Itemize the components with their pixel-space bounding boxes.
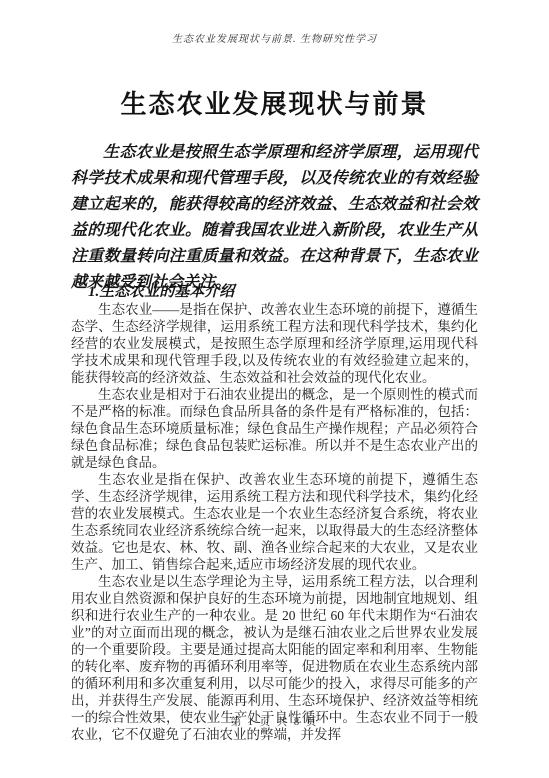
- body-paragraph: 生态农业是相对于石油农业提出的概念，是一个原则性的模式而不是严格的标准。而绿色食…: [71, 386, 478, 471]
- body-paragraph: 生态农业是指在保护、改善农业生态环境的前提下，遵循生态学、生态经济学规律，运用系…: [71, 471, 478, 573]
- section-heading: 1.生态农业的基本介绍: [71, 280, 478, 301]
- body-paragraph: 生态农业——是指在保护、改善农业生态环境的前提下，遵循生态学、生态经济学规律，运…: [71, 301, 478, 386]
- intro-paragraph: 生态农业是按照生态学原理和经济学原理，运用现代科学技术成果和现代管理手段，以及传…: [71, 140, 478, 296]
- page-number: 第 1 页 共 8 页: [0, 714, 549, 729]
- page-title: 生态农业发展现状与前景: [0, 84, 549, 121]
- document-page: 生态农业发展现状与前景. 生物研究性学习 生态农业发展现状与前景 生态农业是按照…: [0, 0, 549, 778]
- body-text: 生态农业——是指在保护、改善农业生态环境的前提下，遵循生态学、生态经济学规律，运…: [71, 301, 478, 743]
- running-header: 生态农业发展现状与前景. 生物研究性学习: [0, 30, 549, 45]
